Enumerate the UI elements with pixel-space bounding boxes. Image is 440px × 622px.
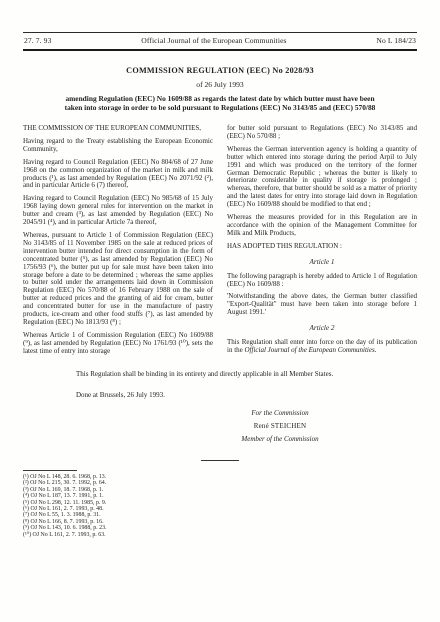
article-1-quote: 'Notwithstanding the above dates, the Ge… <box>227 293 417 317</box>
article-2-body: This Regulation shall enter into force o… <box>227 339 417 355</box>
preamble-paragraph: Having regard to Council Regulation (EEC… <box>23 195 213 227</box>
preamble-paragraph: Having regard to the Treaty establishing… <box>23 138 213 154</box>
footnote-divider <box>23 470 77 471</box>
signature-role: Member of the Commission <box>190 436 370 444</box>
place-date-line: Done at Brussels, 26 July 1993. <box>76 391 440 399</box>
article-2-text-end: . <box>375 346 377 354</box>
regulation-title-block: COMMISSION REGULATION (EEC) No 2028/93 o… <box>0 66 440 112</box>
regulation-date-line: of 26 July 1993 <box>0 80 440 89</box>
footnote: (¹⁰) OJ No L 161, 2. 7. 1993, p. 63. <box>23 532 223 538</box>
signature-name: René STEICHEN <box>190 423 370 431</box>
oj-regulation-page: 27. 7. 93 Official Journal of the Europe… <box>0 0 440 622</box>
header-date: 27. 7. 93 <box>24 36 51 45</box>
recital-paragraph: Whereas, pursuant to Article 1 of Commis… <box>23 232 213 327</box>
signature-for-line: For the Commission <box>190 410 370 418</box>
journal-name-italic: Official Journal of the European Communi… <box>245 346 375 354</box>
enacting-formula: HAS ADOPTED THIS REGULATION : <box>227 243 417 251</box>
signature-block: For the Commission René STEICHEN Member … <box>190 410 370 444</box>
recital-paragraph: Whereas Article 1 of Commission Regulati… <box>23 332 213 356</box>
regulation-title: COMMISSION REGULATION (EEC) No 2028/93 <box>0 66 440 75</box>
header-issue-number: No L 184/23 <box>376 36 416 45</box>
right-column: for butter sold pursuant to Regulations … <box>227 125 417 361</box>
header-journal-title: Official Journal of the European Communi… <box>141 36 286 45</box>
recital-paragraph: Whereas the measures provided for in thi… <box>227 214 417 238</box>
recital-paragraph: Whereas the German intervention agency i… <box>227 146 417 209</box>
footnotes-block: (¹) OJ No L 148, 28. 6. 1968, p. 13. (²)… <box>23 470 223 538</box>
article-1-heading: Article 1 <box>227 259 417 267</box>
end-divider <box>201 460 239 461</box>
regulation-subtitle: amending Regulation (EEC) No 1609/88 as … <box>58 94 382 112</box>
preamble-opening: THE COMMISSION OF THE EUROPEAN COMMUNITI… <box>23 125 213 133</box>
article-2-heading: Article 2 <box>227 325 417 333</box>
binding-statement: This Regulation shall be binding in its … <box>76 371 364 379</box>
recital-continuation: for butter sold pursuant to Regulations … <box>227 125 417 141</box>
body-columns: THE COMMISSION OF THE EUROPEAN COMMUNITI… <box>23 125 417 361</box>
page-header: 27. 7. 93 Official Journal of the Europe… <box>23 32 417 51</box>
article-1-body: The following paragraph is hereby added … <box>227 273 417 289</box>
preamble-paragraph: Having regard to Council Regulation (EEC… <box>23 159 213 191</box>
left-column: THE COMMISSION OF THE EUROPEAN COMMUNITI… <box>23 125 213 361</box>
